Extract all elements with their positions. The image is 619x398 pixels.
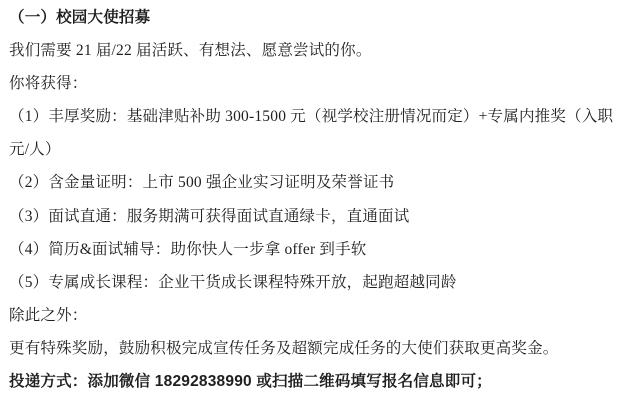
benefit-item-5: （5）专属成长课程：企业干货成长课程特殊开放，起跑超越同龄 <box>9 266 613 299</box>
benefit-item-4: （4）简历&面试辅导：助你快人一步拿 offer 到手软 <box>9 233 613 266</box>
bonus-note: 更有特殊奖励，鼓励积极完成宣传任务及超额完成任务的大使们获取更高奖金。 <box>9 332 613 365</box>
benefit-item-1-line-1: （1）丰厚奖励：基础津贴补助 300-1500 元（视学校注册情况而定）+专属内… <box>9 100 613 133</box>
benefit-item-2: （2）含金量证明：上市 500 强企业实习证明及荣誉证书 <box>9 166 613 199</box>
benefit-item-1-line-2: 元/人） <box>9 133 613 166</box>
gains-label: 你将获得： <box>9 67 613 100</box>
benefit-item-3: （3）面试直通：服务期满可获得面试直通绿卡，直通面试 <box>9 200 613 233</box>
document: （一）校园大使招募 我们需要 21 届/22 届活跃、有想法、愿意尝试的你。 你… <box>0 0 619 398</box>
intro-paragraph: 我们需要 21 届/22 届活跃、有想法、愿意尝试的你。 <box>9 34 613 67</box>
section-heading: （一）校园大使招募 <box>9 1 613 34</box>
apply-instructions: 投递方式：添加微信 18292838990 或扫描二维码填写报名信息即可； <box>9 365 613 398</box>
besides-label: 除此之外： <box>9 299 613 332</box>
